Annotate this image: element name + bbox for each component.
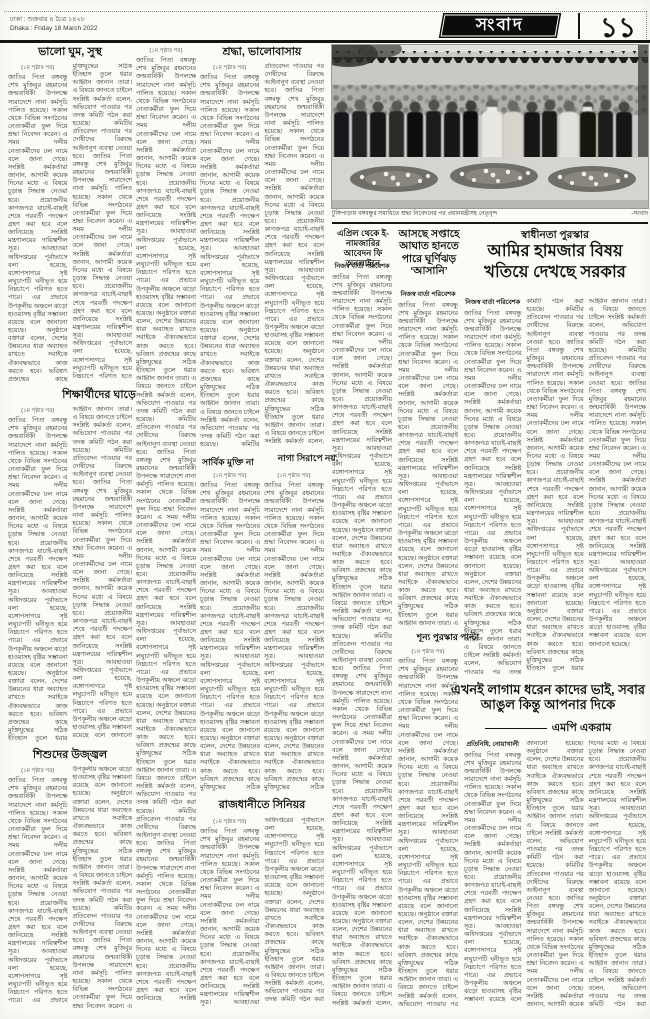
body-text: জাতির পিতা বঙ্গবন্ধু শেখ মুজিবুর রহমানের… (464, 740, 646, 1008)
headline-sarbik: সার্বিক মুক্তি না (188, 457, 268, 468)
headline-attribution: এমপি একরাম (448, 719, 648, 738)
continued-from-marker: (১ম পৃষ্ঠার পর) (398, 648, 458, 656)
byline-staff-correspondent: নিজস্ব বার্তা পরিবেশক (332, 263, 392, 271)
continued-from-marker: (১ম পৃষ্ঠার পর) (200, 472, 260, 480)
byline-staff-correspondent: নিজস্ব বার্তা পরিবেশক (398, 291, 458, 299)
dateline-bengali: ঢাকা : শুক্রবার ৪ চৈত্র ১৪২৮ (10, 16, 97, 25)
article-body-students: (১ম পৃষ্ঠার পর)জাতির পিতা বঙ্গবন্ধু শেখ … (8, 406, 132, 746)
dateline: ঢাকা : শুক্রবার ৪ চৈত্র ১৪২৮ Dhaka : Fri… (10, 16, 97, 33)
tribute-photo-image (332, 45, 648, 208)
newspaper-page: ঢাকা : শুক্রবার ৪ চৈত্র ১৪২৮ Dhaka : Fri… (0, 0, 650, 1019)
dateline-english: Dhaka : Friday 18 March 2022 (10, 25, 97, 34)
lead-photo (332, 45, 648, 208)
photo-caption-text: টুঙ্গিপাড়ায় বঙ্গবন্ধুর সমাধিতে শ্রদ্ধা… (332, 210, 497, 218)
article-body-enamjari: নিজস্ব বার্তা পরিবেশকজাতির পিতা বঙ্গবন্ধ… (332, 262, 392, 1012)
continued-from-marker: (১ম পৃষ্ঠার পর) (264, 472, 324, 480)
article-body-ekram: প্রতিনিধি, নোয়াখালীজাতির পিতা বঙ্গবন্ধু… (464, 740, 646, 1012)
body-text: জাতির পিতা বঙ্গবন্ধু শেখ মুজিবুর রহমানের… (464, 298, 646, 676)
headline-rajdhani: রাজধানীতে সিনিয়র (200, 799, 324, 812)
continued-from-marker: (১ম পৃষ্ঠার পর) (200, 64, 260, 72)
body-text: জাতির পিতা বঙ্গবন্ধু শেখ মুজিবুর রহমানের… (136, 46, 196, 1002)
article-body-sarbik: (১ম পৃষ্ঠার পর)জাতির পিতা বঙ্গবন্ধু শেখ … (200, 471, 260, 795)
headline-tribute: শ্রদ্ধা, ভালোবাসায় (200, 46, 324, 59)
newspaper-logo-text: সংবাদ (476, 12, 524, 40)
article-body-rajdhani: (১ম পৃষ্ঠার পর)জাতির পিতা বঙ্গবন্ধু শেখ … (200, 817, 324, 1012)
page-right-dotted-border (646, 11, 647, 43)
article-body-tribute: (১ম পৃষ্ঠার পর)জাতির পিতা বঙ্গবন্ধু শেখ … (200, 63, 324, 452)
photo-caption: টুঙ্গিপাড়ায় বঙ্গবন্ধুর সমাধিতে শ্রদ্ধা… (332, 210, 648, 218)
byline-staff-correspondent: নিজস্ব বার্তা পরিবেশক (464, 299, 521, 307)
body-text: জাতির পিতা বঙ্গবন্ধু শেখ মুজিবুর রহমানের… (332, 262, 392, 1007)
article-body-amir-hamza: নিজস্ব বার্তা পরিবেশকজাতির পিতা বঙ্গবন্ধ… (464, 298, 646, 678)
article-body-good-sleep: (১ম পৃষ্ঠার পর)জাতির পিতা বঙ্গবন্ধু শেখ … (8, 63, 132, 387)
caption-rule (332, 222, 648, 224)
headline-children: শিশুদের উজ্জ্বল (8, 749, 132, 762)
attribution-dash (485, 728, 547, 730)
body-text: জাতির পিতা বঙ্গবন্ধু শেখ মুজিবুর রহমানের… (8, 766, 132, 1010)
headline-good-sleep: ভালো ঘুম, সুস্থ (8, 46, 132, 59)
headline-cyclone: আসছে সপ্তাহে আঘাত হানতে পারে ঘূর্ণিঝড় ‘… (398, 228, 460, 278)
page-top-dotted-border (4, 11, 647, 12)
body-text: জাতির পিতা বঙ্গবন্ধু শেখ মুজিবুর রহমানের… (200, 63, 324, 448)
article-body-naga: (১ম পৃষ্ঠার পর)জাতির পিতা বঙ্গবন্ধু শেখ … (264, 471, 324, 795)
continued-from-marker: (১ম পৃষ্ঠার পর) (200, 818, 260, 826)
masthead-rule (0, 40, 650, 43)
body-text: জাতির পিতা বঙ্গবন্ধু শেখ মুজিবুর রহমানের… (200, 471, 260, 791)
body-text: জাতির পিতা বঙ্গবন্ধু শেখ মুজিবুর রহমানের… (8, 63, 132, 383)
newspaper-logo: সংবাদ (439, 13, 561, 38)
article-body-column-3: (১ম পৃষ্ঠার পর)জাতির পিতা বঙ্গবন্ধু শেখ … (136, 46, 196, 1012)
byline-noakhali-correspondent: প্রতিনিধি, নোয়াখালী (464, 741, 521, 749)
article-body-cyclone: নিজস্ব বার্তা পরিবেশকজাতির পিতা বঙ্গবন্ধ… (398, 290, 458, 630)
body-text: জাতির পিতা বঙ্গবন্ধু শেখ মুজিবুর রহমানের… (200, 817, 324, 1006)
headline-amir-hamza: আমির হামজার বিষয় খতিয়ে দেখছে সরকার (464, 241, 646, 282)
continued-from-marker: (১ম পৃষ্ঠার পর) (8, 407, 68, 415)
continued-from-marker: (১ম পৃষ্ঠার পর) (136, 47, 196, 55)
body-text: জাতির পিতা বঙ্গবন্ধু শেখ মুজিবুর রহমানের… (264, 471, 324, 791)
body-text: জাতির পিতা বঙ্গবন্ধু শেখ মুজিবুর রহমানের… (8, 406, 132, 742)
continued-from-marker: (১ম পৃষ্ঠার পর) (8, 64, 68, 72)
headline-ekram: এখনই লাগাম ধরেন কাদের ভাই, সবার আঙুল কিন… (448, 682, 648, 713)
header-separator (578, 13, 580, 39)
continued-from-marker: (১ম পৃষ্ঠার পর) (8, 767, 68, 775)
body-text: জাতির পিতা বঙ্গবন্ধু শেখ মুজিবুর রহমানের… (398, 290, 458, 627)
attribution-name: এমপি একরাম (552, 719, 612, 738)
photo-credit: -সংবাদ (631, 210, 648, 218)
article-body-children: (১ম পৃষ্ঠার পর)জাতির পিতা বঙ্গবন্ধু শেখ … (8, 766, 132, 1012)
